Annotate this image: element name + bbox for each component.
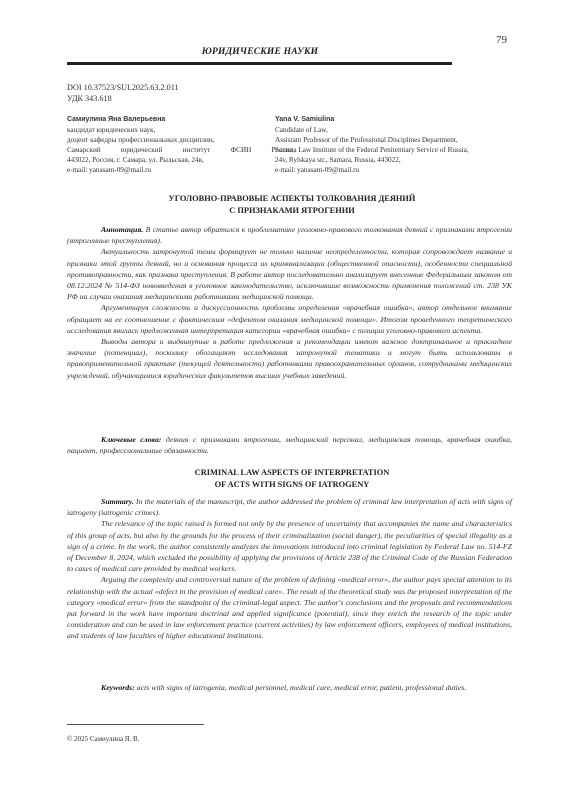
summary-en: Summary. In the materials of the manuscr… — [67, 496, 512, 642]
copyright: © 2025 Самиулина Я. В. — [67, 735, 139, 743]
author-en-line: Samara Law Institute of the Federal Peni… — [275, 145, 515, 155]
author-name-ru: Самиулина Яна Валерьевна — [67, 115, 295, 125]
title-en-line: OF ACTS WITH SIGNS OF IATROGENY — [67, 479, 517, 491]
summary-label: Summary. — [101, 497, 134, 506]
journal-section-header: ЮРИДИЧЕСКИЕ НАУКИ — [67, 47, 453, 57]
author-ru-email: e-mail: yanasam-09@mail.ru — [67, 165, 295, 175]
abstract-ru-paragraph: Актуальность затронутой темы формирует н… — [67, 246, 512, 302]
title-ru-line: С ПРИЗНАКАМИ ЯТРОГЕНИИ — [67, 205, 517, 217]
summary-en-paragraph: The relevance of the topic raised is for… — [67, 518, 512, 574]
footnote-rule — [67, 724, 204, 725]
title-ru-line: УГОЛОВНО-ПРАВОВЫЕ АСПЕКТЫ ТОЛКОВАНИЯ ДЕЯ… — [67, 193, 517, 205]
author-ru-line: кандидат юридических наук, — [67, 125, 295, 135]
summary-en-paragraph: Arguing the complexity and controversial… — [67, 574, 512, 641]
summary-en-text: In the materials of the manuscript, the … — [67, 497, 512, 517]
keywords-label: Ключевые слова: — [101, 435, 161, 444]
keywords-en: Keywords: acts with signs of iatrogenia,… — [67, 682, 512, 693]
abstract-ru-paragraph: Выводы автора и выдвинутые в работе пред… — [67, 336, 512, 381]
keywords-ru-paragraph: Ключевые слова: деяния с признаками ятро… — [67, 434, 512, 456]
author-ru-line: 443022, Россия, г. Самара, ул. Рыльская,… — [67, 155, 295, 165]
doi: DOI 10.37523/SUI.2025.63.2.011 — [67, 82, 179, 93]
abstract-ru: Аннотация. В статье автор обратился к пр… — [67, 224, 512, 381]
abstract-ru-paragraph: Аргументируя сложность и дискуссионность… — [67, 302, 512, 336]
article-title-en: CRIMINAL LAW ASPECTS OF INTERPRETATION O… — [67, 467, 517, 490]
author-en-line: Candidate of Law, — [275, 125, 515, 135]
author-en-email: e-mail: yanasam-09@mail.ru — [275, 165, 515, 175]
keywords-ru: Ключевые слова: деяния с признаками ятро… — [67, 434, 512, 456]
udc: УДК 343.618 — [67, 93, 179, 104]
abstract-ru-paragraph: Аннотация. В статье автор обратился к пр… — [67, 224, 512, 246]
author-ru-line: доцент кафедры профессиональных дисципли… — [67, 135, 295, 145]
article-title-ru: УГОЛОВНО-ПРАВОВЫЕ АСПЕКТЫ ТОЛКОВАНИЯ ДЕЯ… — [67, 193, 517, 216]
author-ru-line: Самарский юридический институт ФСИН Росс… — [67, 145, 295, 155]
abstract-label: Аннотация. — [101, 225, 143, 234]
author-en-line: 24v, Rylskaya str., Samara, Russia, 4430… — [275, 155, 515, 165]
header-rule — [67, 62, 452, 65]
author-en-line: Assistant Professor of the Professional … — [275, 135, 515, 145]
article-meta: DOI 10.37523/SUI.2025.63.2.011 УДК 343.6… — [67, 82, 179, 104]
keywords-en-label: Keywords: — [101, 683, 135, 692]
page-number: 79 — [496, 34, 507, 46]
author-en: Yana V. Samiulina Candidate of Law, Assi… — [275, 115, 515, 175]
summary-en-paragraph: Summary. In the materials of the manuscr… — [67, 496, 512, 518]
author-ru: Самиулина Яна Валерьевна кандидат юридич… — [67, 115, 295, 175]
title-en-line: CRIMINAL LAW ASPECTS OF INTERPRETATION — [67, 467, 517, 479]
author-name-en: Yana V. Samiulina — [275, 115, 515, 125]
keywords-en-text: acts with signs of iatrogenia, medical p… — [135, 683, 466, 692]
keywords-en-paragraph: Keywords: acts with signs of iatrogenia,… — [67, 682, 512, 693]
